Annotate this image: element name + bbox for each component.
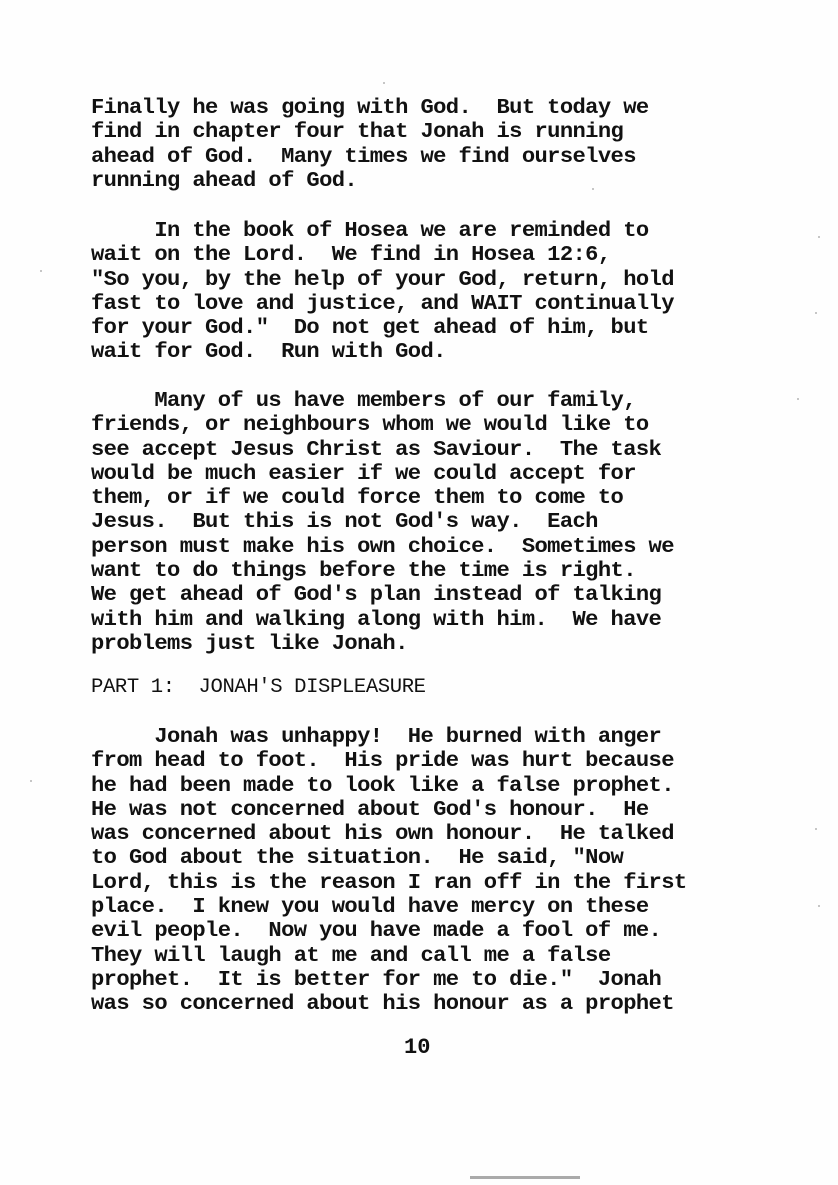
text-line: prophet. It is better for me to die." Jo… xyxy=(91,968,812,992)
text-line: Many of us have members of our family, xyxy=(91,389,812,413)
text-line: wait for God. Run with God. xyxy=(91,340,812,364)
text-line: place. I knew you would have mercy on th… xyxy=(91,895,812,919)
text-line: would be much easier if we could accept … xyxy=(91,462,812,486)
scan-speck xyxy=(815,828,817,830)
text-line: them, or if we could force them to come … xyxy=(91,486,812,510)
page-number: 10 xyxy=(404,1035,430,1060)
text-line: Jesus. But this is not God's way. Each xyxy=(91,510,812,534)
heading-text: PART 1: JONAH'S DISPLEASURE xyxy=(91,676,812,700)
text-line: fast to love and justice, and WAIT conti… xyxy=(91,292,812,316)
text-line: problems just like Jonah. xyxy=(91,632,812,656)
text-line: he had been made to look like a false pr… xyxy=(91,774,812,798)
scan-speck xyxy=(30,780,32,782)
scan-speck xyxy=(40,270,42,272)
text-line: Lord, this is the reason I ran off in th… xyxy=(91,871,812,895)
text-line: friends, or neighbours whom we would lik… xyxy=(91,413,812,437)
text-line: with him and walking along with him. We … xyxy=(91,608,812,632)
scanned-page: Finally he was going with God. But today… xyxy=(0,0,838,1185)
text-line: "So you, by the help of your God, return… xyxy=(91,268,812,292)
text-line: They will laugh at me and call me a fals… xyxy=(91,944,812,968)
paragraph-displeasure: Jonah was unhappy! He burned with anger … xyxy=(91,725,791,1017)
text-line: running ahead of God. xyxy=(91,169,812,193)
text-line: Finally he was going with God. But today… xyxy=(91,96,812,120)
scan-speck xyxy=(383,82,385,84)
paragraph-hosea: In the book of Hosea we are reminded to … xyxy=(91,219,791,365)
scan-edge-mark xyxy=(470,1176,580,1179)
scan-speck xyxy=(818,905,820,907)
text-line: find in chapter four that Jonah is runni… xyxy=(91,120,812,144)
text-line: from head to foot. His pride was hurt be… xyxy=(91,749,812,773)
text-line: see accept Jesus Christ as Saviour. The … xyxy=(91,438,812,462)
text-line: We get ahead of God's plan instead of ta… xyxy=(91,583,812,607)
text-line: for your God." Do not get ahead of him, … xyxy=(91,316,812,340)
text-line: Jonah was unhappy! He burned with anger xyxy=(91,725,812,749)
section-heading: PART 1: JONAH'S DISPLEASURE xyxy=(91,676,791,700)
text-line: ahead of God. Many times we find ourselv… xyxy=(91,145,812,169)
paragraph-family: Many of us have members of our family, f… xyxy=(91,389,791,656)
text-line: want to do things before the time is rig… xyxy=(91,559,812,583)
scan-speck xyxy=(815,312,817,314)
text-line: In the book of Hosea we are reminded to xyxy=(91,219,812,243)
text-line: was so concerned about his honour as a p… xyxy=(91,992,812,1016)
text-line: to God about the situation. He said, "No… xyxy=(91,846,812,870)
text-line: He was not concerned about God's honour.… xyxy=(91,798,812,822)
text-line: wait on the Lord. We find in Hosea 12:6, xyxy=(91,243,812,267)
text-line: person must make his own choice. Sometim… xyxy=(91,535,812,559)
paragraph-intro: Finally he was going with God. But today… xyxy=(91,96,791,193)
text-line: evil people. Now you have made a fool of… xyxy=(91,919,812,943)
text-line: was concerned about his own honour. He t… xyxy=(91,822,812,846)
scan-speck xyxy=(818,236,820,238)
